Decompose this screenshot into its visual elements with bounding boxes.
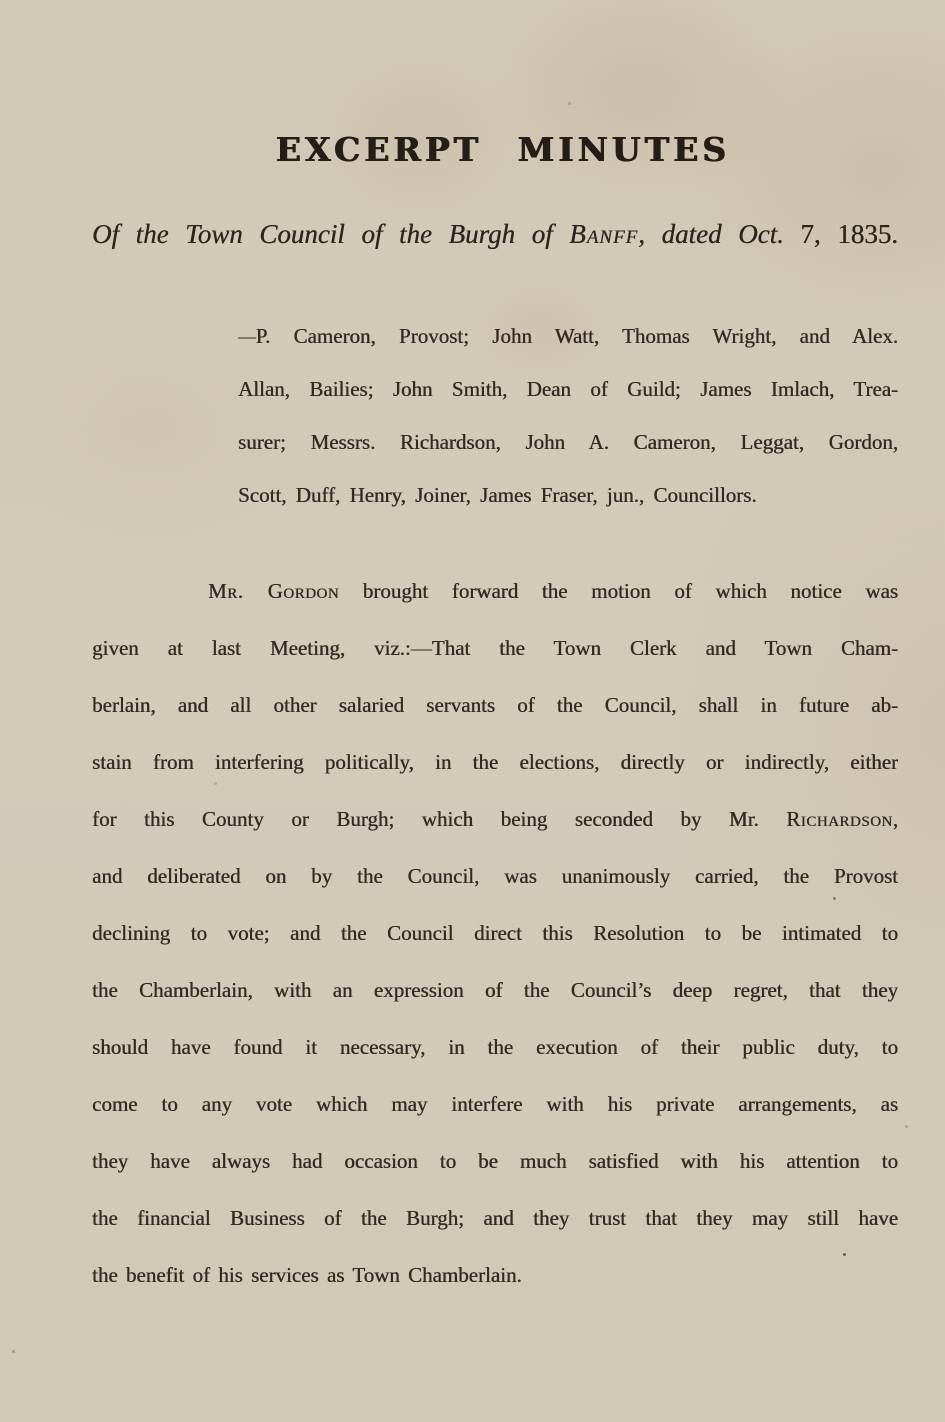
text-segment: surer; Messrs. Richardson, John A. Camer… <box>238 430 898 454</box>
text-segment: they have always had occasion to be much… <box>92 1149 898 1173</box>
text-line: stain from interfering politically, in t… <box>92 734 898 791</box>
text-segment: brought forward the motion of which noti… <box>339 579 898 603</box>
text-line: and deliberated on by the Council, was u… <box>92 848 898 905</box>
text-segment: and deliberated on by the Council, was u… <box>92 864 898 888</box>
text-segment: , <box>893 807 898 831</box>
text-line: Allan, Bailies; John Smith, Dean of Guil… <box>238 363 898 416</box>
minutes-paragraph: Mr. Gordon brought forward the motion of… <box>92 563 898 1304</box>
text-segment: —P. Cameron, Provost; John Watt, Thomas … <box>238 324 898 348</box>
text-segment: Banff <box>569 219 638 249</box>
text-line: surer; Messrs. Richardson, John A. Camer… <box>238 416 898 469</box>
text-line: they have always had occasion to be much… <box>92 1133 898 1190</box>
text-segment: Allan, Bailies; John Smith, Dean of Guil… <box>238 377 898 401</box>
text-segment: the benefit of his services as Town Cham… <box>92 1263 522 1287</box>
text-line: given at last Meeting, viz.:—That the To… <box>92 620 898 677</box>
text-segment: the financial Business of the Burgh; and… <box>92 1206 898 1230</box>
document-title: EXCERPT MINUTES <box>92 130 898 170</box>
text-line: for this County or Burgh; which being se… <box>92 791 898 848</box>
text-segment: come to any vote which may interfere wit… <box>92 1092 898 1116</box>
text-line: Mr. Gordon brought forward the motion of… <box>92 563 898 620</box>
text-line: should have found it necessary, in the e… <box>92 1019 898 1076</box>
text-segment: Richardson <box>786 807 893 831</box>
text-segment: the Chamberlain, with an expression of t… <box>92 978 898 1002</box>
text-segment: , <box>638 219 661 249</box>
document-subtitle: Of the Town Council of the Burgh of Banf… <box>92 216 898 252</box>
text-segment: Scott, Duff, Henry, Joiner, James Fraser… <box>238 483 757 507</box>
text-segment: Of the Town Council of the Burgh of <box>92 219 569 249</box>
text-segment: berlain, and all other salaried servants… <box>92 693 898 717</box>
text-line: the Chamberlain, with an expression of t… <box>92 962 898 1019</box>
text-segment: 7, 1835. <box>800 219 898 249</box>
text-line: the benefit of his services as Town Cham… <box>92 1247 898 1304</box>
scanned-document-page: EXCERPT MINUTES Of the Town Council of t… <box>0 0 945 1422</box>
paper-specks <box>0 0 3 3</box>
text-segment: Mr. Gordon <box>208 579 339 603</box>
text-line: come to any vote which may interfere wit… <box>92 1076 898 1133</box>
text-line: declining to vote; and the Council direc… <box>92 905 898 962</box>
text-segment: declining to vote; and the Council direc… <box>92 921 898 945</box>
text-line: Of the Town Council of the Burgh of Banf… <box>92 216 898 252</box>
text-segment: for this County or Burgh; which being se… <box>92 807 786 831</box>
text-segment: given at last Meeting, viz.:—That the To… <box>92 636 898 660</box>
text-line: Scott, Duff, Henry, Joiner, James Fraser… <box>238 469 898 522</box>
present-paragraph: Present.—P. Cameron, Provost; John Watt,… <box>238 310 898 522</box>
text-segment: stain from interfering politically, in t… <box>92 750 898 774</box>
text-segment: dated Oct. <box>662 219 801 249</box>
text-line: Present.—P. Cameron, Provost; John Watt,… <box>238 310 898 363</box>
text-segment: should have found it necessary, in the e… <box>92 1035 898 1059</box>
text-line: berlain, and all other salaried servants… <box>92 677 898 734</box>
text-line: the financial Business of the Burgh; and… <box>92 1190 898 1247</box>
